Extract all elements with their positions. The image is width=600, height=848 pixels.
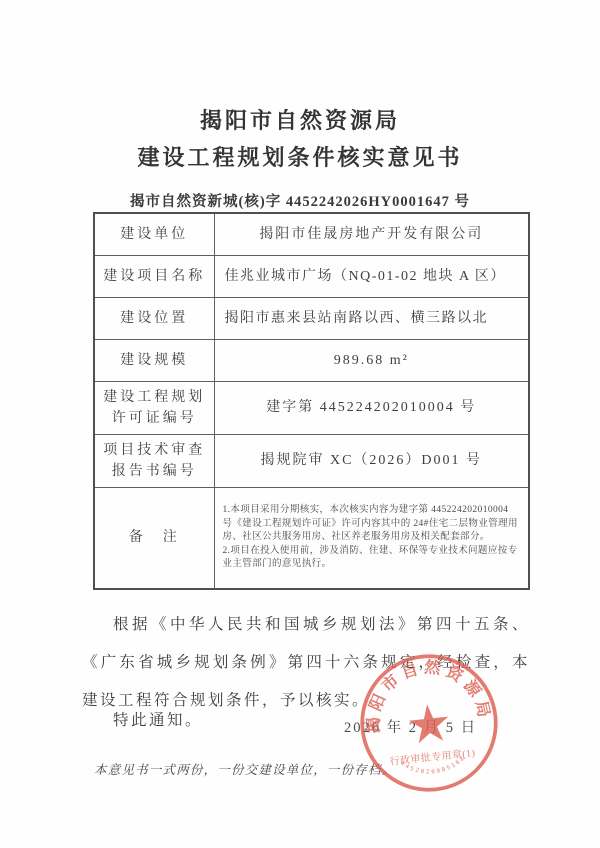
table-row: 建设工程规划 许可证编号 建字第 445224202010004 号	[94, 381, 529, 434]
table-row: 建设单位 揭阳市佳晟房地产开发有限公司	[94, 213, 529, 255]
info-table: 建设单位 揭阳市佳晟房地产开发有限公司 建设项目名称 佳兆业城市广场（NQ-01…	[93, 212, 530, 590]
row-label-remarks: 备 注	[94, 487, 214, 589]
document-page: 揭阳市自然资源局 建设工程规划条件核实意见书 揭市自然资新城(核)字 44522…	[0, 0, 600, 848]
footer-note: 本意见书一式两份，一份交建设单位，一份存档。	[94, 760, 395, 778]
row-label-review-report: 项目技术审查 报告书编号	[94, 434, 214, 487]
table-row: 项目技术审查 报告书编号 揭规院审 XC（2026）D001 号	[94, 434, 529, 487]
row-value-location: 揭阳市惠来县站南路以西、横三路以北	[214, 297, 529, 339]
table-row: 备 注 1.本项目采用分期核实，本次核实内容为建字第 4452242020100…	[94, 487, 529, 589]
row-label-scale: 建设规模	[94, 339, 214, 381]
table-row: 建设位置 揭阳市惠来县站南路以西、横三路以北	[94, 297, 529, 339]
page-title-doc: 建设工程规划条件核实意见书	[0, 139, 600, 176]
row-value-scale: 989.68 m²	[214, 339, 529, 381]
row-value-project-name: 佳兆业城市广场（NQ-01-02 地块 A 区）	[214, 255, 529, 297]
table-row: 建设规模 989.68 m²	[94, 339, 529, 381]
notice-line: 特此通知。	[82, 708, 203, 730]
row-value-review-report: 揭规院审 XC（2026）D001 号	[214, 434, 529, 487]
row-value-remarks: 1.本项目采用分期核实，本次核实内容为建字第 445224202010004 号…	[214, 487, 529, 589]
seal-subtitle-text: 行政审批专用章(1)	[389, 746, 476, 768]
row-label-construction-unit: 建设单位	[94, 213, 214, 255]
row-label-project-name: 建设项目名称	[94, 255, 214, 297]
issue-date: 2026 年 2 月 5 日	[344, 716, 477, 737]
document-number: 揭市自然资新城(核)字 4452242026HY0001647 号	[0, 190, 600, 211]
row-label-location: 建设位置	[94, 297, 214, 339]
row-value-construction-unit: 揭阳市佳晟房地产开发有限公司	[214, 213, 529, 255]
seal-serial-text: 4452020005168	[399, 754, 469, 779]
page-title-org: 揭阳市自然资源局	[0, 102, 600, 139]
row-label-permit-number: 建设工程规划 许可证编号	[94, 381, 214, 434]
table-row: 建设项目名称 佳兆业城市广场（NQ-01-02 地块 A 区）	[94, 255, 529, 297]
document-header: 揭阳市自然资源局 建设工程规划条件核实意见书	[0, 0, 600, 176]
body-paragraph: 根据《中华人民共和国城乡规划法》第四十五条、《广东省城乡规划条例》第四十六条规定…	[82, 606, 530, 720]
row-value-permit-number: 建字第 445224202010004 号	[214, 381, 529, 434]
